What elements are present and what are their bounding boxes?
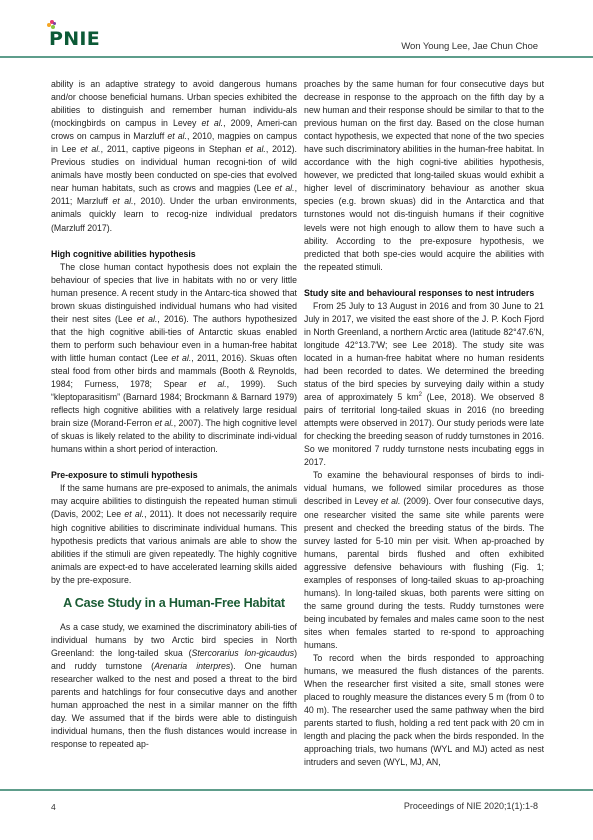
page-number: 4	[51, 802, 56, 812]
paragraph: proaches by the same human for four cons…	[304, 78, 544, 274]
subheading-pre-exposure: Pre-exposure to stimuli hypothesis	[51, 469, 297, 482]
subheading-high-cognitive: High cognitive abilities hypothesis	[51, 248, 297, 261]
paragraph: ability is an adaptive strategy to avoid…	[51, 78, 297, 235]
running-head-authors: Won Young Lee, Jae Chun Choe	[401, 41, 538, 52]
journal-logo: PNIE	[49, 28, 100, 50]
header-rule	[0, 56, 593, 58]
section-heading: A Case Study in a Human-Free Habitat	[51, 595, 297, 611]
paragraph: To record when the birds responded to ap…	[304, 652, 544, 769]
paragraph: To examine the behavioural responses of …	[304, 469, 544, 652]
page-header: PNIE Won Young Lee, Jae Chun Choe	[0, 0, 593, 62]
paragraph: The close human contact hypothesis does …	[51, 261, 297, 457]
paragraph: From 25 July to 13 August in 2016 and fr…	[304, 300, 544, 470]
right-column: proaches by the same human for four cons…	[304, 78, 544, 769]
footer-rule	[0, 789, 593, 791]
subheading-study-site: Study site and behavioural responses to …	[304, 287, 544, 300]
paragraph: As a case study, we examined the discrim…	[51, 621, 297, 751]
left-column: ability is an adaptive strategy to avoid…	[51, 78, 297, 751]
journal-citation: Proceedings of NIE 2020;1(1):1-8	[404, 801, 538, 811]
paragraph: If the same humans are pre-exposed to an…	[51, 482, 297, 586]
